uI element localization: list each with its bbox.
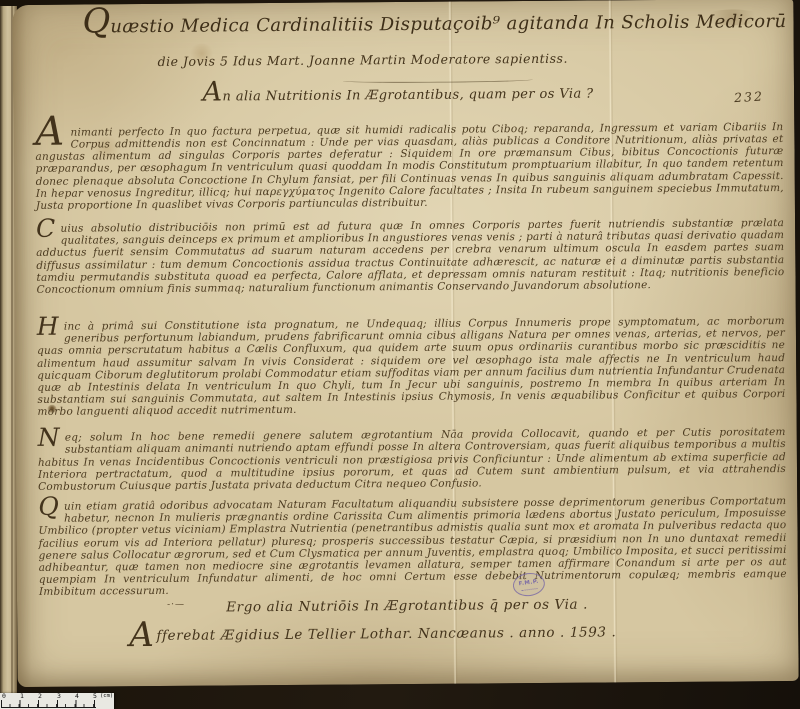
paragraph-1: Animanti perfecto In quo factura perpetu… xyxy=(35,121,784,212)
title-text: uæstio Medica Cardinalitiis Disputaçoib⁹… xyxy=(110,11,786,37)
manuscript-body: Animanti perfecto In quo factura perpetu… xyxy=(35,121,787,610)
paragraph-2: Cuius absolutio distribuciōis non primū … xyxy=(36,217,785,296)
paragraph-3-initial: H xyxy=(37,317,59,337)
ruler-baseline xyxy=(1,707,96,708)
ruler-number-1: 1 xyxy=(20,693,24,700)
folio-number: 232 xyxy=(734,88,765,105)
paragraph-1-initial: A xyxy=(35,117,64,147)
conclusion-line: Ergo alia Nutriōis In Ægrotantibus q̄ pe… xyxy=(157,596,657,616)
paragraph-4-initial: N xyxy=(38,428,60,448)
ruler-number-2: 2 xyxy=(38,693,42,700)
signature-initial: A xyxy=(129,615,154,655)
library-stamp-subtext xyxy=(521,585,537,590)
signature-line: Afferebat Ægidius Le Tellier Lothar. Nan… xyxy=(129,624,616,644)
paragraph-4: Neq; solum In hoc bene remedii genere sa… xyxy=(38,426,786,493)
paragraph-5-initial: Q xyxy=(38,497,59,517)
paragraph-1-text: nimanti perfecto In quo factura perpetua… xyxy=(35,121,783,212)
paragraph-2-initial: C xyxy=(36,219,56,239)
paragraph-5: Quin etiam gratiâ odoribus advocatam Nat… xyxy=(38,495,787,598)
paragraph-3-text: inc à primâ sui Constitutione ista progn… xyxy=(37,315,785,418)
signature-text: fferebat Ægidius Le Tellier Lothar. Nanc… xyxy=(156,624,616,644)
ruler-unit-label: (cm) xyxy=(100,693,113,700)
paragraph-2-text: uius absolutio distribuciōis non primū e… xyxy=(36,217,784,296)
ruler-number-0: 0 xyxy=(2,693,6,700)
ruler-number-3: 3 xyxy=(57,693,61,700)
manuscript-page: Quæstio Medica Cardinalitiis Disputaçoib… xyxy=(12,0,798,687)
title-initial: Q xyxy=(82,1,110,41)
document-title: Quæstio Medica Cardinalitiis Disputaçoib… xyxy=(82,11,742,37)
ruler-number-4: 4 xyxy=(75,693,79,700)
document-subtitle: die Jovis 5 Idus Mart. Joanne Martin Mod… xyxy=(83,50,643,69)
paragraph-4-text: eq; solum In hoc bene remedii genere sal… xyxy=(38,426,786,492)
disputation-question: An alia Nutritionis In Ægrotantibus, qua… xyxy=(133,84,663,105)
question-initial: A xyxy=(202,76,222,107)
scale-ruler: 0 1 2 3 4 5 (cm) xyxy=(0,693,114,709)
paragraph-3: Hinc à primâ sui Constitutione ista prog… xyxy=(37,315,786,418)
ruler-number-5: 5 xyxy=(93,693,97,700)
paragraph-5-text: uin etiam gratiâ odoribus advocatam Natu… xyxy=(38,495,786,598)
subtitle-flourish xyxy=(343,77,533,83)
question-text: n alia Nutritionis In Ægrotantibus, quam… xyxy=(222,87,593,105)
